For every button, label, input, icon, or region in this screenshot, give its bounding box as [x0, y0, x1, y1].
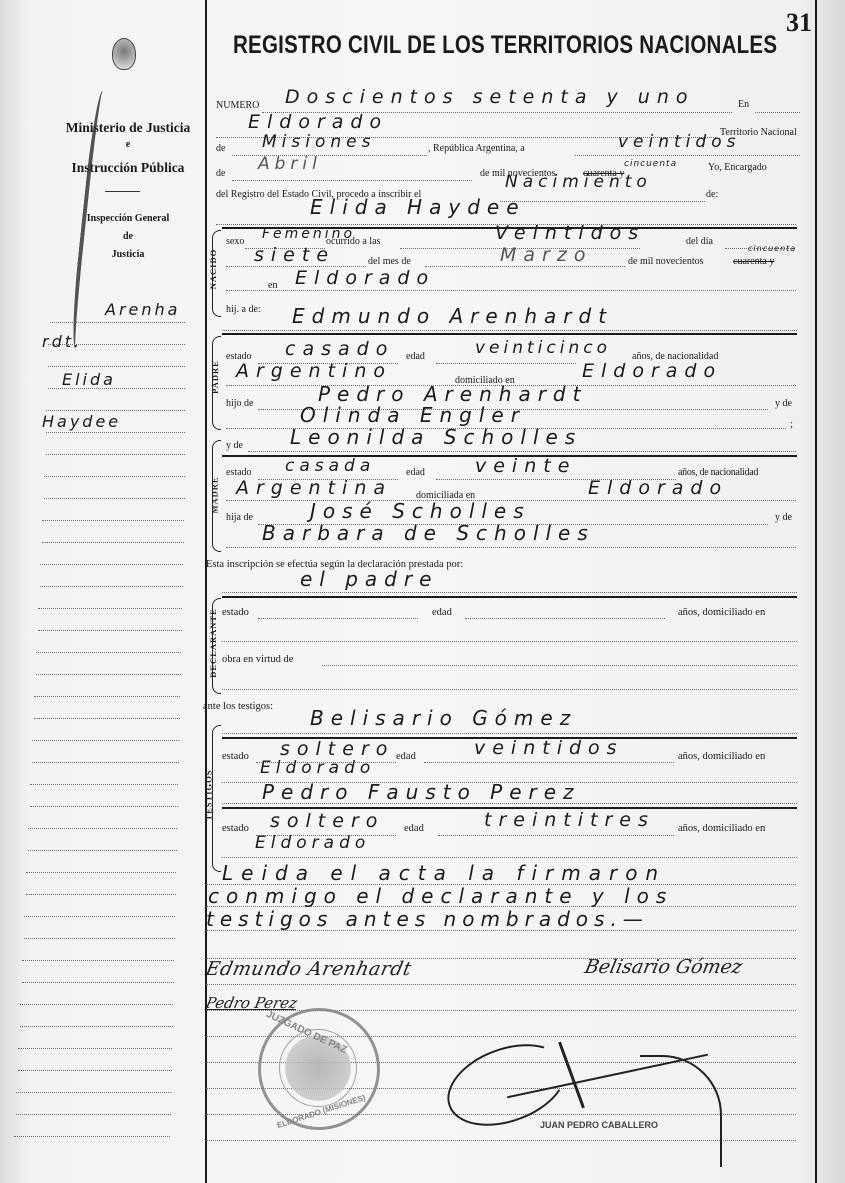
day-value: veintidos [618, 132, 740, 152]
padre-semicolon: ; [790, 418, 793, 430]
declarante-edad-label: edad [432, 607, 452, 618]
testigos-section-label: TESTIGOS [204, 770, 214, 821]
month-value: Abril [258, 154, 322, 174]
child-name-value: Elida Haydee [310, 195, 526, 219]
year-written: cincuenta [624, 159, 677, 169]
section-rule-padre-top [222, 333, 797, 335]
witness2-estado-value: soltero [270, 810, 384, 832]
witness1-edad-label: edad [396, 751, 416, 762]
madre-edad-value: veinte [475, 455, 576, 477]
padre-nacionalidad-value: Argentino [236, 360, 392, 382]
madre-padre-de-value: José Scholles [310, 499, 531, 523]
declarante-section-label: DECLARANTE [208, 608, 218, 678]
signature-witness1: Belisario Gómez [583, 956, 745, 978]
declarante-domicilio-label: años, domiciliado en [678, 607, 765, 618]
page-number: 31 [786, 8, 812, 38]
madre-y-de-label-2: y de [775, 512, 792, 523]
territory-value: Misiones [262, 132, 375, 152]
madre-madre-de-value: Barbara de Scholles [262, 521, 595, 545]
witness2-edad-label: edad [404, 823, 424, 834]
de-label-1: de [216, 143, 225, 154]
witness1-edad-value: veintidos [474, 737, 624, 759]
padre-hijo-de-label: hijo de [226, 398, 254, 409]
hora-value: Veintidos [495, 222, 645, 244]
witness2-domicilio-value: Eldorado [255, 833, 370, 853]
hijo-label: hij. a de: [226, 304, 261, 315]
closing-line-2: conmigo el declarante y los [208, 884, 673, 908]
father-name-value: Edmundo Arenhardt [292, 304, 613, 328]
witness1-name-value: Belisario Gómez [310, 706, 577, 730]
signature-declarante: Edmundo Arenhardt [204, 958, 414, 980]
anio-struck: cuarenta y [733, 256, 774, 267]
madre-nacionalidad-value: Argentina [236, 477, 392, 499]
ministry-line-2: e [58, 139, 198, 150]
margin-note-line-4: Haydee [42, 412, 121, 431]
declarante-obra-label: obra en virtud de [222, 654, 293, 665]
sexo-label: sexo [226, 236, 244, 247]
madre-y-de-label: y de [226, 440, 243, 451]
dia-label: del día [686, 236, 713, 247]
declarante-name-value: el padre [300, 567, 438, 591]
witness1-domicilio-value: Eldorado [260, 758, 375, 778]
padre-y-de-label: y de [775, 398, 792, 409]
padre-edad-value: veinticinco [475, 338, 611, 358]
padre-section-label: PADRE [210, 360, 220, 394]
madre-name-value: Leonilda Scholles [290, 425, 582, 449]
signature-witness2: Pedro Perez [204, 994, 299, 1012]
place-value: Eldorado [248, 111, 388, 133]
closing-line-1: Leida el acta la firmaron [222, 861, 666, 885]
ministry-line-3: Instrucción Pública [58, 160, 198, 176]
registrar-name-stamp: JUAN PEDRO CABALLERO [540, 1120, 658, 1130]
dia-value: siete [254, 244, 335, 266]
padre-estado-value: casado [285, 338, 394, 360]
numero-label: NUMERO [216, 100, 259, 111]
madre-section-label: MADRE [210, 476, 220, 513]
en-label: En [738, 99, 749, 110]
padre-edad-label: edad [406, 351, 425, 362]
witness1-domicilio-label: años, domiciliado en [678, 751, 765, 762]
madre-estado-value: casada [285, 456, 375, 476]
coat-of-arms-icon [112, 38, 136, 70]
madre-hija-de-label: hija de [226, 512, 253, 523]
numero-value: Doscientos setenta y uno [285, 86, 695, 108]
nacido-en-label: en [268, 280, 277, 291]
margin-note-line-1: Arenha [105, 300, 180, 319]
margin-note-line-3: Elida [62, 370, 116, 389]
registrar-signature-tail [640, 1055, 722, 1167]
mes-label: del mes de [368, 256, 411, 267]
testigos-intro: ante los testigos: [203, 701, 273, 712]
witness2-edad-value: treintitres [484, 809, 655, 831]
padre-domicilio-value: Eldorado [582, 360, 722, 382]
declarante-domicilio-field [222, 641, 797, 642]
declarante-estado-label: estado [222, 607, 249, 618]
form-right-border [815, 0, 817, 1183]
encargado-label: Yo, Encargado [708, 162, 767, 173]
republica-label: , República Argentina, a [428, 143, 525, 154]
witness1-estado-value: soltero [280, 738, 394, 760]
de-label-2: de [216, 168, 225, 179]
mes-value: Marzo [500, 244, 592, 266]
witness2-name-value: Pedro Fausto Perez [262, 780, 581, 804]
padre-madre-de-value: Olinda Engler [300, 403, 526, 427]
section-rule-declarante-top [222, 596, 797, 598]
document-title: REGISTRO CIVIL DE LOS TERRITORIOS NACION… [233, 31, 680, 60]
act-type-value: Nacimiento [505, 172, 652, 192]
act-de-label: de: [706, 189, 718, 200]
closing-line-3: testigos antes nombrados.— [206, 907, 649, 931]
anio-label: de mil novecientos [628, 256, 704, 267]
nacido-section-label: NACIDO [208, 249, 218, 289]
witness1-estado-label: estado [222, 751, 249, 762]
margin-note-line-2: rdt. [42, 332, 82, 351]
witness2-estado-label: estado [222, 823, 249, 834]
ministry-line-1: Ministerio de Justicia [58, 120, 198, 136]
madre-edad-label: edad [406, 467, 425, 478]
madre-domicilio-value: Eldorado [588, 477, 728, 499]
witness2-domicilio-label: años, domiciliado en [678, 823, 765, 834]
civil-registry-page: 31 REGISTRO CIVIL DE LOS TERRITORIOS NAC… [0, 0, 845, 1183]
ministry-divider [105, 191, 140, 192]
juzgado-de-paz-seal: JUZGADO DE PAZ ELDORADO (MISIONES) [258, 1008, 380, 1130]
lugar-value: Eldorado [295, 267, 435, 289]
anio-written: cincuenta [748, 244, 796, 253]
